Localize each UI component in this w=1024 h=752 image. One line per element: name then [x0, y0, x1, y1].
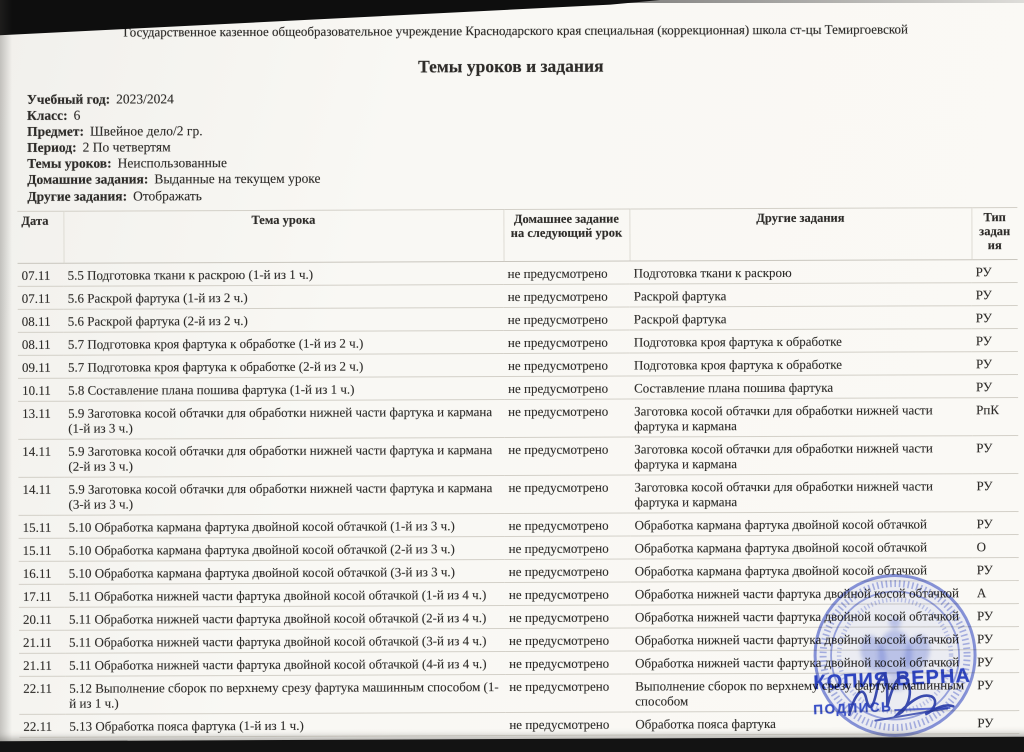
- row-topic: 5.12 Выполнение сборок по верхнему срезу…: [65, 675, 505, 715]
- row-topic: 5.9 Заготовка косой обтачки для обработк…: [64, 438, 504, 478]
- column-header-topic: Тема урока: [63, 210, 503, 264]
- row-homework: не предусмотрено: [505, 513, 631, 536]
- meta-label: Домашние задания:: [27, 172, 148, 187]
- row-date: 17.11: [19, 585, 65, 608]
- row-type: РУ: [972, 352, 1018, 375]
- row-date: 22.11: [19, 677, 65, 715]
- table-row: 14.115.9 Заготовка косой обтачки для обр…: [18, 474, 1018, 516]
- column-header-homework: Домашнее задание на следующий урок: [503, 209, 629, 262]
- row-topic: 5.9 Заготовка косой обтачки для обработк…: [64, 400, 504, 440]
- row-homework: не предусмотрено: [504, 399, 630, 437]
- row-date: 07.11: [18, 264, 64, 287]
- row-type: РУ: [973, 512, 1019, 535]
- row-date: 20.11: [19, 608, 65, 631]
- row-date: 13.11: [18, 402, 64, 440]
- row-type: О: [973, 535, 1019, 558]
- meta-label: Период:: [27, 140, 77, 155]
- row-topic: 5.7 Подготовка кроя фартука к обработке …: [64, 331, 504, 356]
- row-topic: 5.7 Подготовка кроя фартука к обработке …: [64, 354, 504, 379]
- page-content: Государственное казенное общеобразовател…: [0, 0, 1024, 752]
- row-date: 15.11: [19, 516, 65, 539]
- meta-value: 2023/2024: [116, 91, 174, 106]
- meta-label: Предмет:: [27, 124, 84, 139]
- row-topic: 5.11 Обработка нижней части фартука двой…: [65, 652, 505, 677]
- row-other: Подготовка кроя фартука к обработке: [630, 329, 972, 353]
- meta-value: Неиспользованные: [118, 155, 227, 170]
- row-homework: не предусмотрено: [505, 651, 631, 674]
- row-homework: не предусмотрено: [504, 353, 630, 376]
- row-date: 08.11: [18, 310, 64, 333]
- row-topic: 5.5 Подготовка ткани к раскрою (1-й из 1…: [64, 262, 504, 287]
- row-homework: не предусмотрено: [505, 536, 631, 559]
- row-homework: не предусмотрено: [504, 437, 630, 475]
- row-homework: не предусмотрено: [505, 559, 631, 582]
- meta-label: Темы уроков:: [27, 156, 111, 171]
- table-row: 13.115.9 Заготовка косой обтачки для обр…: [18, 398, 1018, 440]
- row-other: Заготовка косой обтачки для обработки ни…: [630, 474, 972, 513]
- signature-scribble: [797, 556, 994, 752]
- copy-verified-stamp: КОПИЯ ВЕРНА ПОДПИСЬ: [797, 556, 994, 752]
- row-topic: 5.10 Обработка кармана фартука двойной к…: [65, 560, 505, 585]
- meta-homework: Домашние задания:Выданные на текущем уро…: [27, 171, 320, 188]
- column-header-date: Дата: [17, 211, 63, 264]
- column-header-type: Тип задания: [971, 208, 1017, 261]
- meta-subject: Предмет:Швейное дело/2 гр.: [27, 123, 320, 140]
- row-other: Обработка кармана фартука двойной косой …: [631, 512, 973, 536]
- row-type: РпК: [972, 398, 1018, 436]
- meta-other-tasks: Другие задания:Отображать: [27, 187, 320, 204]
- meta-label: Класс:: [27, 108, 68, 123]
- row-topic: 5.13 Обработка пояса фартука (1-й из 1 ч…: [65, 713, 505, 738]
- row-date: 07.11: [18, 287, 64, 310]
- row-date: 21.11: [19, 631, 65, 654]
- row-homework: не предусмотрено: [504, 307, 630, 330]
- row-type: РУ: [972, 329, 1018, 352]
- meta-value: Швейное дело/2 гр.: [90, 123, 203, 138]
- row-homework: не предусмотрено: [504, 330, 630, 353]
- row-topic: 5.11 Обработка нижней части фартука двой…: [65, 629, 505, 654]
- row-homework: не предусмотрено: [505, 628, 631, 651]
- row-other: Раскрой фартука: [630, 306, 972, 330]
- row-other: Составление плана пошива фартука: [630, 375, 972, 399]
- meta-school-year: Учебный год:2023/2024: [27, 91, 320, 108]
- meta-lesson-topics: Темы уроков:Неиспользованные: [27, 155, 320, 172]
- row-homework: не предусмотрено: [505, 605, 631, 628]
- row-type: РУ: [972, 474, 1018, 512]
- report-parameters: Учебный год:2023/2024 Класс:6 Предмет:Шв…: [27, 91, 321, 205]
- row-other: Подготовка ткани к раскрою: [630, 260, 972, 284]
- scanned-document-page: Государственное казенное общеобразовател…: [0, 0, 1024, 752]
- row-type: РУ: [972, 283, 1018, 306]
- row-date: 22.11: [19, 715, 65, 738]
- meta-label: Учебный год:: [27, 92, 110, 107]
- row-other: Раскрой фартука: [630, 283, 972, 307]
- row-homework: не предусмотрено: [505, 674, 631, 712]
- meta-value: 6: [74, 108, 81, 123]
- row-topic: 5.10 Обработка кармана фартука двойной к…: [65, 537, 505, 562]
- scan-top-edge-artifact: [600, 0, 1024, 3]
- row-other: Заготовка косой обтачки для обработки ни…: [630, 436, 972, 475]
- row-other: Заготовка косой обтачки для обработки ни…: [630, 398, 972, 437]
- row-date: 21.11: [19, 654, 65, 677]
- row-topic: 5.6 Раскрой фартука (1-й из 2 ч.): [64, 285, 504, 310]
- meta-value: Отображать: [133, 188, 202, 203]
- meta-class: Класс:6: [27, 107, 320, 124]
- row-date: 14.11: [18, 478, 64, 516]
- row-date: 10.11: [18, 379, 64, 402]
- meta-value: 2 По четвертям: [83, 140, 171, 155]
- row-topic: 5.6 Раскрой фартука (2-й из 2 ч.): [64, 308, 504, 333]
- row-type: РУ: [972, 260, 1018, 283]
- meta-label: Другие задания:: [27, 188, 127, 203]
- row-type: РУ: [972, 306, 1018, 329]
- row-topic: 5.8 Составление плана пошива фартука (1-…: [64, 377, 504, 402]
- row-homework: не предусмотрено: [505, 582, 631, 605]
- scan-left-edge-shadow: [0, 0, 12, 752]
- row-homework: не предусмотрено: [504, 376, 630, 399]
- row-date: 14.11: [18, 440, 64, 478]
- row-homework: не предусмотрено: [504, 475, 630, 513]
- row-other: Подготовка кроя фартука к обработке: [630, 352, 972, 376]
- table-row: 14.115.9 Заготовка косой обтачки для обр…: [18, 436, 1018, 478]
- meta-value: Выданные на текущем уроке: [154, 171, 320, 187]
- lessons-table-header: Дата Тема урока Домашнее задание на след…: [17, 208, 1017, 264]
- row-type: РУ: [972, 436, 1018, 474]
- row-date: 09.11: [18, 356, 64, 379]
- row-date: 08.11: [18, 333, 64, 356]
- row-topic: 5.9 Заготовка косой обтачки для обработк…: [64, 476, 504, 516]
- row-topic: 5.11 Обработка нижней части фартука двой…: [65, 606, 505, 631]
- row-date: 15.11: [19, 539, 65, 562]
- page-title: Темы уроков и задания: [0, 54, 1023, 79]
- row-type: РУ: [972, 375, 1018, 398]
- row-topic: 5.11 Обработка нижней части фартука двой…: [65, 583, 505, 608]
- row-homework: не предусмотрено: [504, 284, 630, 307]
- column-header-other: Другие задания: [629, 208, 971, 262]
- row-topic: 5.10 Обработка кармана фартука двойной к…: [65, 514, 505, 539]
- meta-period: Период:2 По четвертям: [27, 139, 320, 156]
- row-homework: не предусмотрено: [504, 261, 630, 284]
- row-homework: не предусмотрено: [505, 712, 631, 735]
- row-date: 16.11: [19, 562, 65, 585]
